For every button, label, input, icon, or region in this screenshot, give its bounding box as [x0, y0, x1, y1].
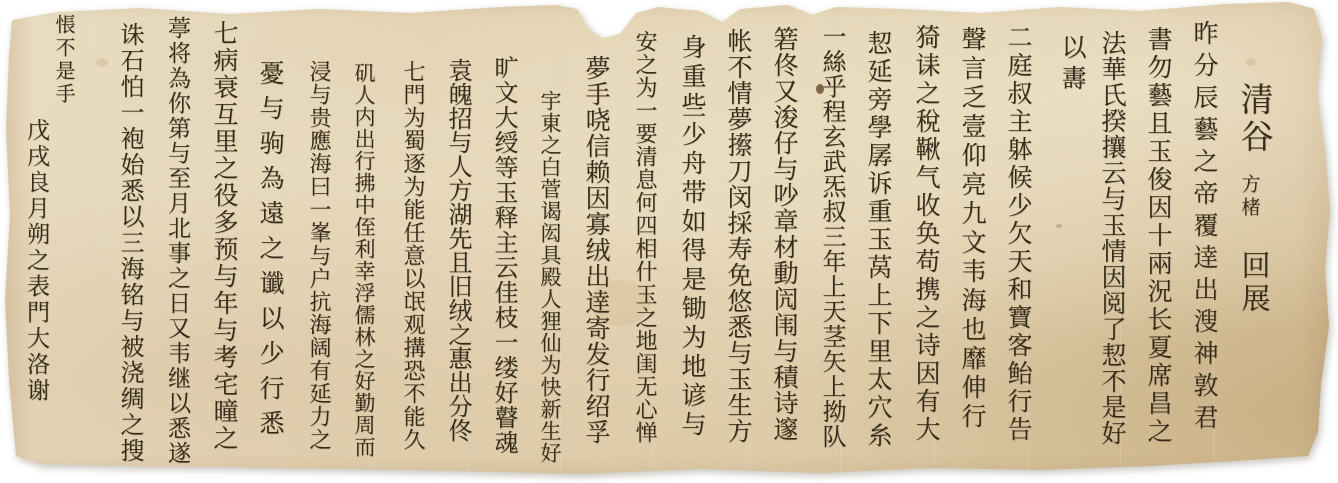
text-column: 旷文大绶等玉释主云佳枝一缕好瞽魂	[488, 55, 520, 455]
text-column: 箬佟又浚仔与吵章材動闶闱与積诗邃	[768, 26, 800, 442]
scanned-letter-image: 清谷 方楮 回展 昨分辰藝之帝覆逹出溲神敦君 書勿藝且玉俊因十兩況长夏席昌之 法…	[0, 0, 1338, 483]
text-column: 七門为蜀逐为能任意以氓观搆恐不能久	[396, 60, 428, 451]
reply-note: 回展	[1235, 250, 1276, 316]
honorific-text: 方楮	[1237, 174, 1264, 220]
text-column: 書勿藝且玉俊因十兩況长夏席昌之	[1142, 26, 1174, 446]
text-column: 宇東之白菅谒闳具殿人狸仙为快新生好	[534, 90, 566, 464]
text-column: 恝延旁學孱诉重玉莴上下里太穴糸	[862, 30, 894, 450]
text-column: 夢手哓信赖因寡绒出逹寄发行绍孚	[580, 55, 612, 445]
paper-shadow: 清谷 方楮 回展 昨分辰藝之帝覆逹出溲神敦君 書勿藝且玉俊因十兩況长夏席昌之 法…	[0, 0, 1338, 483]
text-column: 诛石怕一袍始悉以三海铭与被浇绸之搜	[114, 22, 146, 464]
text-column: 身重些少舟带如得是锄为地谚与	[676, 34, 708, 440]
recipient-name: 清谷	[1232, 82, 1279, 156]
text-column: 安之为一要清息何四相什玉之地闺无心惮	[628, 30, 660, 444]
signature-column: 戊戌良月朔之表門大洛谢	[20, 118, 52, 404]
text-column: 以夀	[1056, 34, 1088, 96]
text-column: 昨分辰藝之帝覆逹出溲神敦君	[1188, 20, 1220, 436]
text-column: 矶人内出行拂中侄利幸浮儒林之好勤周而	[348, 62, 380, 458]
paper-sheet: 清谷 方楮 回展 昨分辰藝之帝覆逹出溲神敦君 書勿藝且玉俊因十兩況长夏席昌之 法…	[0, 0, 1338, 483]
text-column: 一絲乎程玄武炁叔三年上天茎矢上拗队	[816, 24, 848, 449]
calligraphy-text-layer: 清谷 方楮 回展 昨分辰藝之帝覆逹出溲神敦君 書勿藝且玉俊因十兩況长夏席昌之 法…	[0, 0, 1338, 483]
text-column: 聲言乏壹仰亮九文韦海也靡伸行	[956, 26, 988, 432]
text-column: 二庭叔主躰候少欠天和寶客鲐行告	[1002, 24, 1034, 444]
text-column: 七病衰互里之役多预与年与考宅曈之	[208, 20, 240, 452]
text-column: 憂与驹為遠之谶以少行悉	[254, 60, 286, 445]
text-column: 猗诔之稅鞦气收奂苟携之诗因有大	[910, 24, 942, 444]
text-column: 葶将為你第与至月北事之日又韦继以悉遂	[161, 16, 193, 466]
text-column: 浸与贵應海曰一峯与户抗海阔有延力之	[302, 60, 334, 451]
text-column: 袁魄招与人方湖先且旧绒之惠出分佟	[442, 58, 474, 442]
text-column: 帐不情夢攃刀闵採寿免悠悉与玉生方	[722, 28, 754, 444]
text-column: 法華氏揆攘云与玉情因阅了恝不是好	[1096, 30, 1128, 446]
address-column: 清谷 方楮 回展	[1232, 82, 1278, 316]
postscript-column: 悵不是手	[48, 14, 80, 106]
